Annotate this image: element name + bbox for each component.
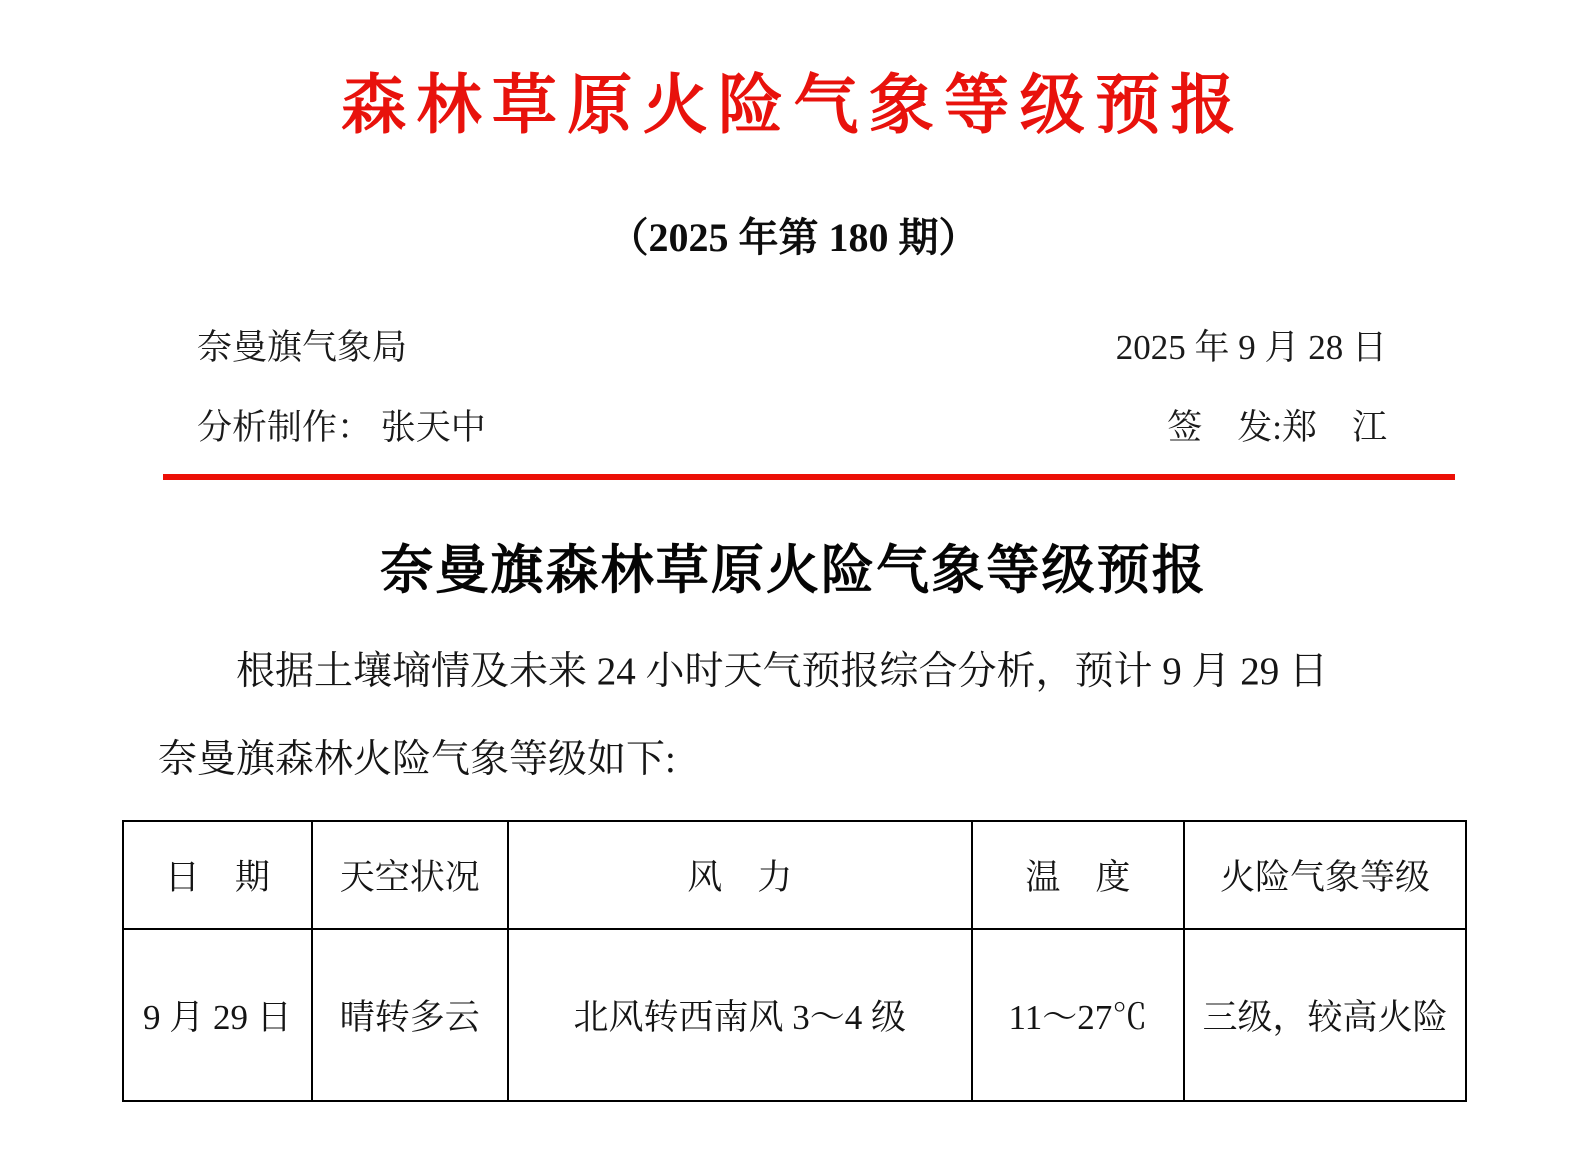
- analyst-name: 分析制作： 张天中: [197, 400, 486, 450]
- col-header-fire-danger-level: 火险气象等级: [1184, 821, 1466, 929]
- forecast-paragraph: 根据土壤墒情及未来 24 小时天气预报综合分析，预计 9 月 29 日 奈曼旗森…: [158, 628, 1448, 804]
- document-page: 森林草原火险气象等级预报 （2025 年第 180 期） 奈曼旗气象局 2025…: [0, 0, 1587, 1171]
- paragraph-line-2: 奈曼旗森林火险气象等级如下:: [158, 716, 1448, 804]
- col-header-temperature: 温 度: [972, 821, 1184, 929]
- section-title: 奈曼旗森林草原火险气象等级预报: [0, 528, 1587, 604]
- col-header-wind: 风 力: [508, 821, 972, 929]
- red-divider-rule: [163, 474, 1455, 480]
- signer-name: 签 发:郑 江: [1167, 400, 1387, 450]
- cell-sky: 晴转多云: [312, 929, 508, 1101]
- col-header-date: 日 期: [123, 821, 312, 929]
- issue-date: 2025 年 9 月 28 日: [1116, 320, 1387, 370]
- cell-wind: 北风转西南风 3～4 级: [508, 929, 972, 1101]
- cell-date: 9 月 29 日: [123, 929, 312, 1101]
- cell-temperature: 11～27℃: [972, 929, 1184, 1101]
- table-row: 9 月 29 日 晴转多云 北风转西南风 3～4 级 11～27℃ 三级，较高火…: [123, 929, 1466, 1101]
- document-title: 森林草原火险气象等级预报: [0, 66, 1587, 144]
- forecast-table: 日 期 天空状况 风 力 温 度 火险气象等级 9 月 29 日 晴转多云 北风…: [122, 820, 1467, 1102]
- agency-name: 奈曼旗气象局: [197, 320, 407, 370]
- issue-number: （2025 年第 180 期）: [0, 206, 1587, 263]
- table-header-row: 日 期 天空状况 风 力 温 度 火险气象等级: [123, 821, 1466, 929]
- meta-row-analyst-signer: 分析制作： 张天中 签 发:郑 江: [197, 400, 1387, 450]
- cell-fire-danger-level: 三级，较高火险: [1184, 929, 1466, 1101]
- paragraph-line-1: 根据土壤墒情及未来 24 小时天气预报综合分析，预计 9 月 29 日: [158, 628, 1448, 716]
- meta-row-agency-date: 奈曼旗气象局 2025 年 9 月 28 日: [197, 320, 1387, 370]
- col-header-sky: 天空状况: [312, 821, 508, 929]
